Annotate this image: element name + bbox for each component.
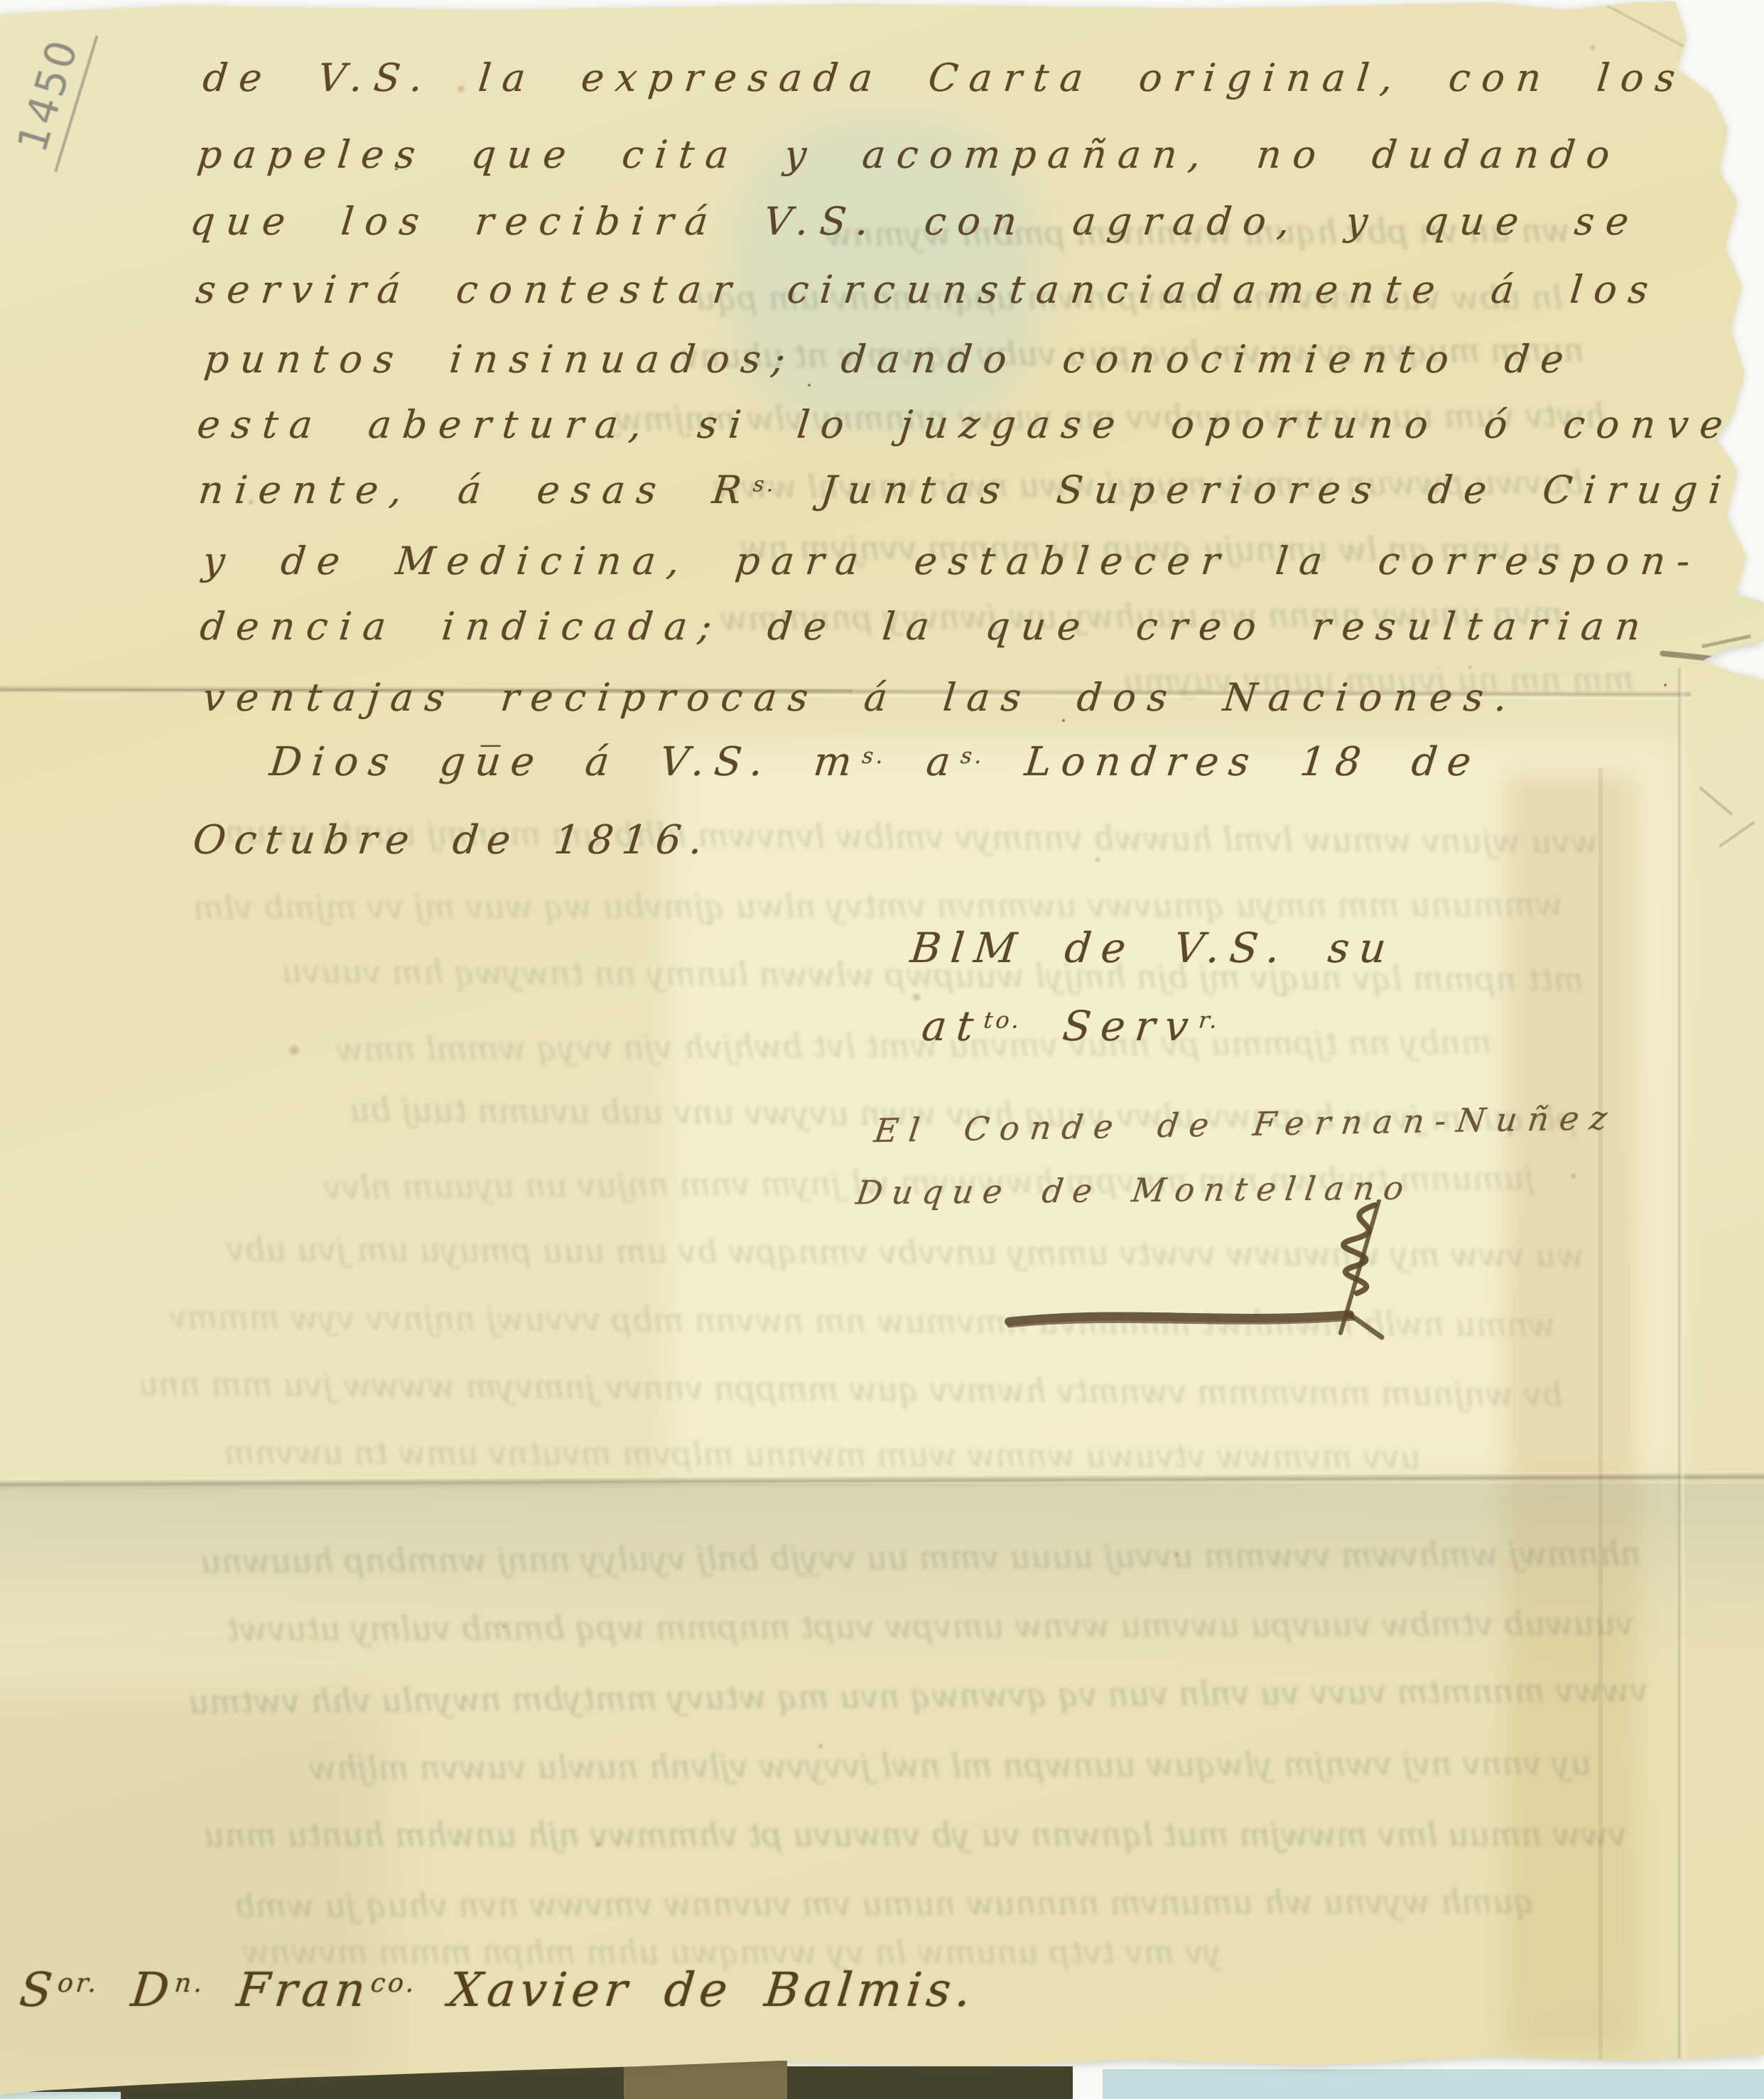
scanned-letter-page: wn un vn pbv hqunl wwnnwm pmbm wymnwq ln… xyxy=(0,0,1764,2099)
date-line-2: Octubre de 1816. xyxy=(191,817,713,863)
ghost-text-line: uy vnnv nvj vwnjm ylwquw uunwpn ml nwl j… xyxy=(171,1744,1591,1787)
paper-sheet-wrap: wn un vn pbv hqunl wwnnwm pmbm wymnwq ln… xyxy=(0,0,1764,2099)
letter-line-6: esta abertura, si lo juzgase oportuno ó … xyxy=(195,402,1761,447)
letter-line-9: dencia indicada; de la que creo resultar… xyxy=(198,604,1654,649)
foxing-spot xyxy=(911,991,922,1003)
letter-line-8: y de Medicina, para establecer la corres… xyxy=(201,539,1704,583)
foxing-spot xyxy=(593,1840,602,1849)
foxing-spot xyxy=(817,1742,824,1749)
signature-rubric-flourish xyxy=(1311,1199,1403,1342)
ghost-text-line: nhnmwj wmhvwm vvwmm uvvuj uuuu vmm uu vv… xyxy=(114,1534,1641,1581)
paper-sheet: wn un vn pbv hqunl wwnnwm pmbm wymnwq ln… xyxy=(0,0,1764,2099)
ghost-text-line: bv wnjnum mmvmmm vwnmtv hwmvv quw mmppn … xyxy=(142,1364,1563,1413)
foxing-spots-layer xyxy=(0,0,1764,2099)
fold-crease-lower-shade xyxy=(0,1484,1764,1676)
fold-crease-vertical-faint xyxy=(1598,767,1603,2068)
closing-line-2: atto. Servr. xyxy=(919,1002,1222,1050)
foxing-spot xyxy=(1467,664,1473,670)
letter-line-4: servirá contestar circunstanciadamente á… xyxy=(194,267,1662,312)
crease-top-right xyxy=(1537,0,1689,50)
letter-line-7: niente, á esas Rs. Juntas Superiores de … xyxy=(197,468,1764,512)
signature-name: El Conde de Fernan-Nuñez xyxy=(872,1099,1620,1150)
ghost-text-line: qumh wyvnu wh umunvm nnnnuw numu vm vuvn… xyxy=(185,1882,1535,1925)
paper-tint-tan xyxy=(1506,775,1638,2054)
letter-line-1: de V.S. la expresada Carta original, con… xyxy=(201,55,1689,100)
fold-crease-vertical xyxy=(1678,668,1685,2078)
letter-line-10: ventajas reciprocas á las dos Naciones. xyxy=(201,675,1521,720)
ghost-text-line: vww nmuu lmv mwwjm mut lqnwnn vu yb vnwu… xyxy=(135,1815,1627,1855)
ghost-text-line: wmmunu mm nmyu qmuvwv uwmnvn vmtvy nlwu … xyxy=(142,885,1563,927)
fold-crease-lower xyxy=(0,1472,1764,1492)
ghost-text-line: vwwv mnnmtm vuvv vu vnln vun vq qvwnwq n… xyxy=(121,1671,1648,1722)
letter-line-2: papeles que cita y acompañan, no dudando xyxy=(195,132,1623,177)
tear-shadow-2 xyxy=(1701,635,1751,648)
foxing-spot xyxy=(1570,1172,1577,1180)
pencil-folio-number: 1450 xyxy=(4,20,98,172)
date-line-1: Dios gu̅e á V.S. ms. as. Londres 18 de xyxy=(268,739,1483,785)
ghost-text-line: uvv mvmww vtvuwu wnmw wum mwnnu mlpvm mv… xyxy=(213,1433,1421,1477)
crease-diagonal-2 xyxy=(1719,821,1755,848)
foxing-spot xyxy=(501,1624,507,1629)
addressee-line: Sor. Dn. Franco. Xavier de Balmis. xyxy=(17,1963,978,2017)
ghost-text-line: vuuwub vtmbw vuuvpu uwvmu wvnw umvpw vup… xyxy=(142,1604,1634,1649)
letter-line-3: que los recibirá V.S. con agrado, y que … xyxy=(188,199,1643,244)
tear-shadow xyxy=(1660,650,1752,666)
crease-diagonal-1 xyxy=(1699,786,1733,816)
ghost-text-line: mnby nn tjpmmu pv nnuv vmvnu wmt lvt bwh… xyxy=(213,1023,1492,1069)
verso-showthrough-layer: wn un vn pbv hqunl wwnnwm pmbm wymnwq ln… xyxy=(0,0,1764,2099)
foxing-spot xyxy=(1173,1551,1180,1558)
closing-line-1: BlM de V.S. su xyxy=(908,924,1398,972)
letter-line-5: puntos insinuados; dando conocimiento de xyxy=(202,337,1577,382)
ink-speck xyxy=(1664,684,1667,686)
paper-tint-bottom-left xyxy=(0,1691,384,2089)
foxing-spot xyxy=(1094,856,1101,863)
foxing-spot xyxy=(1589,44,1596,51)
foxing-spot xyxy=(287,1043,301,1057)
ink-speck xyxy=(808,384,811,387)
